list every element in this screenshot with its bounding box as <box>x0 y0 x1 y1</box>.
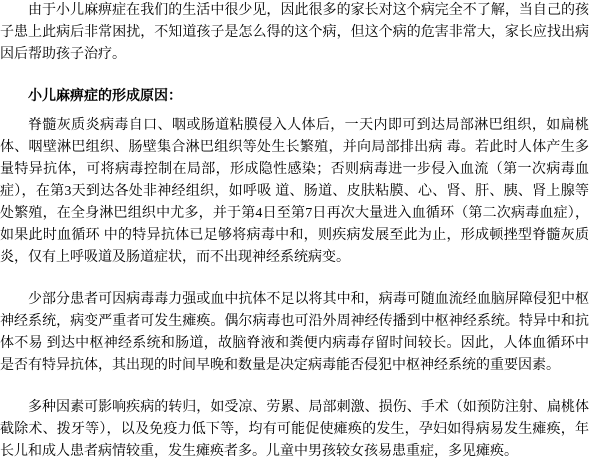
article-body: 由于小儿麻痹症在我们的生活中很少见，因此很多的家长对这个病完全不了解，当自己的孩… <box>0 0 589 467</box>
section-heading: 小儿麻痹症的形成原因： <box>0 86 589 108</box>
paragraph-risk-factors: 多种因素可影响疾病的转归，如受凉、劳累、局部刺激、损伤、手术（如预防注射、扁桃体… <box>0 397 589 463</box>
paragraph-intro: 由于小儿麻痹症在我们的生活中很少见，因此很多的家长对这个病完全不了解，当自己的孩… <box>0 0 589 66</box>
paragraph-virus-entry: 脊髓灰质炎病毒自口、咽或肠道粘膜侵入人体后，一天内即可到达局部淋巴组织，如扁桃体… <box>0 115 589 269</box>
paragraph-cns-invasion: 少部分患者可因病毒毒力强或血中抗体不足以将其中和，病毒可随血流经血脑屏障侵犯中枢… <box>0 289 589 377</box>
